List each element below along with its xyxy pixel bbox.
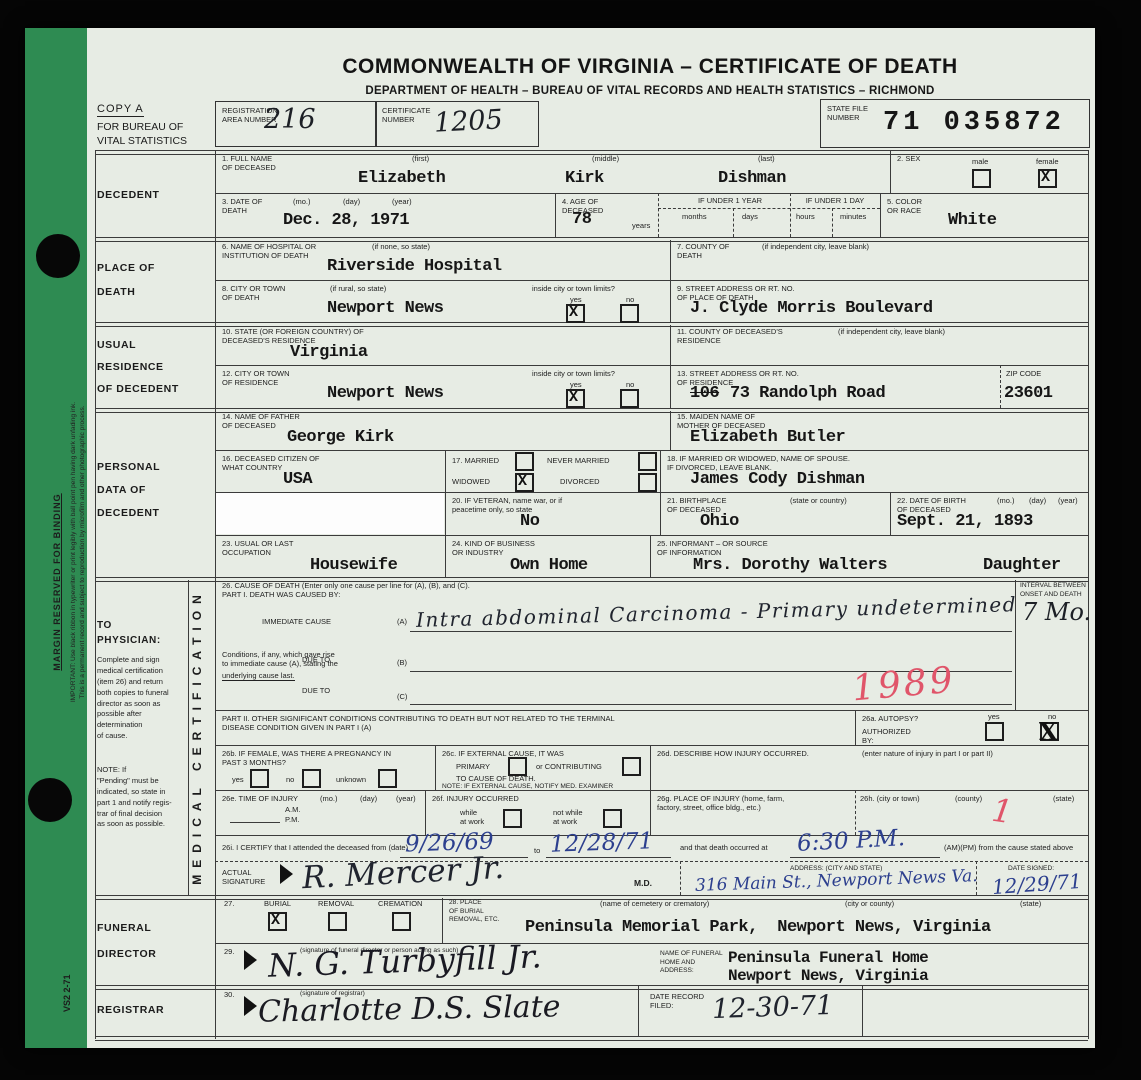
divider <box>95 985 1088 990</box>
field-20-label: 20. IF VETERAN, name war, or if peacetim… <box>452 496 562 515</box>
middle-name-label: (middle) <box>592 154 619 163</box>
to-word: to <box>534 846 540 855</box>
row-line <box>215 365 1088 366</box>
field-26e-label: 26e. TIME OF INJURY <box>222 794 298 803</box>
frame-right <box>1088 150 1089 1039</box>
cell-line <box>658 193 659 237</box>
field-26h-label: 26h. (city or town) <box>860 794 920 803</box>
never-married-label: NEVER MARRIED <box>547 456 610 465</box>
state-file-label: STATE FILE NUMBER <box>827 104 868 123</box>
field-6-label: 6. NAME OF HOSPITAL OR INSTITUTION OF DE… <box>222 242 316 261</box>
first-name-label: (first) <box>412 154 429 163</box>
field-23-label: 23. USUAL OR LAST OCCUPATION <box>222 539 293 558</box>
cell-line <box>442 898 443 943</box>
last-name-label: (last) <box>758 154 775 163</box>
veteran-value: No <box>520 512 539 531</box>
md-label: M.D. <box>634 878 652 888</box>
copy-label: COPY A <box>97 103 144 117</box>
field-26b-label: 26b. IF FEMALE, WAS THERE A PREGNANCY IN… <box>222 749 442 768</box>
informant-relation: Daughter <box>983 556 1061 575</box>
margin-binding-text: MARGIN RESERVED FOR BINDING <box>52 402 62 762</box>
divorced-label: DIVORCED <box>560 477 600 486</box>
pregnancy-no-checkbox <box>302 769 321 788</box>
birthplace-value: Ohio <box>700 512 739 531</box>
date-filed-label: DATE RECORD FILED: <box>650 992 704 1011</box>
married-label: 17. MARRIED <box>452 456 499 465</box>
to-physician-note: NOTE: If "Pending" must be indicated, so… <box>97 765 192 830</box>
residence-state-value: Virginia <box>290 343 368 362</box>
strip-line <box>188 580 189 895</box>
under-1-year-label: IF UNDER 1 YEAR <box>672 196 788 205</box>
punch-hole-top <box>36 234 80 278</box>
residence-yes-label: yes <box>570 380 582 389</box>
sex-female-label: female <box>1036 157 1059 166</box>
burial-label: BURIAL <box>264 899 291 908</box>
field-24-label: 24. KIND OF BUSINESS OR INDUSTRY <box>452 539 535 558</box>
informant-value: Mrs. Dorothy Walters <box>693 556 887 575</box>
row-line <box>215 790 1088 791</box>
cemetery-hint: (name of cemetery or crematory) <box>600 899 709 908</box>
state-file-box: STATE FILE NUMBER 71 035872 <box>820 99 1090 148</box>
field-25-label: 25. INFORMANT – OR SOURCE OF INFORMATION <box>657 539 768 558</box>
cell-line <box>650 535 651 577</box>
autopsy-no-checkbox: X <box>1040 722 1059 741</box>
row-line <box>215 280 1088 281</box>
section-place-of-death: PLACE OF DEATH <box>97 256 155 304</box>
limits-no-label: no <box>626 295 634 304</box>
cell-line <box>832 208 833 237</box>
mother-name-value: Elizabeth Butler <box>690 428 845 447</box>
burial-place-value: Peninsula Memorial Park, Newport News, V… <box>525 918 991 937</box>
certificate-number: 1205 <box>433 104 503 139</box>
section-personal: PERSONAL DATA OF DECEDENT <box>97 456 160 525</box>
removal-checkbox <box>328 912 347 931</box>
residence-limits-label: inside city or town limits? <box>532 369 615 378</box>
autopsy-yes-checkbox <box>985 722 1004 741</box>
section-decedent: DECEDENT <box>97 183 160 207</box>
form-code: VS2 2-71 <box>62 940 72 1012</box>
interval-label: INTERVAL BETWEEN ONSET AND DEATH <box>1020 582 1086 599</box>
field-26i-label: 26i. I CERTIFY that I attended the decea… <box>222 843 408 852</box>
street-of-death-value: J. Clyde Morris Boulevard <box>690 299 933 318</box>
cell-line <box>435 745 436 790</box>
interval-value: 7 Mo. <box>1022 598 1091 626</box>
signature-arrow-icon <box>280 864 293 884</box>
registrar-signature-arrow-icon <box>244 996 257 1016</box>
age-value: 78 <box>572 210 591 229</box>
cremation-label: CREMATION <box>378 899 422 908</box>
contributing-checkbox <box>622 757 641 776</box>
city-limits-label: inside city or town limits? <box>532 284 615 293</box>
cell-line <box>670 325 671 408</box>
cell-line <box>660 492 661 535</box>
field-7-label: 7. COUNTY OF DEATH <box>677 242 729 261</box>
row-line <box>658 208 880 209</box>
death-occurred-label: and that death occurred at <box>680 843 768 852</box>
middle-name-value: Kirk <box>565 169 604 188</box>
residence-no-label: no <box>626 380 634 389</box>
cell-line <box>862 985 863 1036</box>
cause-c-label: (C) <box>397 692 407 701</box>
date-mo-label: (mo.) <box>293 197 311 206</box>
funeral-signature-arrow-icon <box>244 950 257 970</box>
birth-mo-label: (mo.) <box>997 496 1015 505</box>
field-30-num: 30. <box>224 990 234 999</box>
section-residence: USUAL RESIDENCE OF DECEDENT <box>97 334 179 400</box>
limits-no-checkbox <box>620 304 639 323</box>
primary-label: PRIMARY <box>456 762 490 771</box>
state-label: (state) <box>1053 794 1074 803</box>
certificate-subtitle: DEPARTMENT OF HEALTH – BUREAU OF VITAL R… <box>160 85 1140 97</box>
due-to-c-label: DUE TO <box>302 686 330 695</box>
frame-left <box>95 150 96 1039</box>
pm-label: P.M. <box>285 815 299 824</box>
cell-line <box>660 450 661 492</box>
citizen-value: USA <box>283 470 312 489</box>
cell-line <box>890 150 891 193</box>
to-cause-label: TO CAUSE OF DEATH. <box>456 774 536 783</box>
sex-female-checkbox: X <box>1038 169 1057 188</box>
residence-street-value: 73 Randolph Road <box>730 384 885 403</box>
age-years-label: years <box>632 221 650 230</box>
under-1-day-label: IF UNDER 1 DAY <box>790 196 880 205</box>
date-day-label: (day) <box>343 197 360 206</box>
days-label: days <box>742 212 758 221</box>
ampm-label: (AM)(PM) from the cause stated above <box>944 843 1084 852</box>
section-registrar: REGISTRAR <box>97 998 164 1022</box>
to-physician-body: Complete and sign medical certification … <box>97 655 187 742</box>
registration-box: REGISTRATION AREA NUMBER 216 <box>215 101 377 147</box>
state-hint: (state) <box>1020 899 1041 908</box>
medical-certification-strip: MEDICAL CERTIFICATION <box>190 580 204 893</box>
field-26f-label: 26f. INJURY OCCURRED <box>432 794 519 803</box>
field-26g-label: 26g. PLACE OF INJURY (home, farm, factor… <box>657 794 784 813</box>
color-race-value: White <box>948 211 997 230</box>
father-name-value: George Kirk <box>287 428 394 447</box>
divider <box>95 1036 1088 1041</box>
zip-value: 23601 <box>1004 384 1053 403</box>
married-checkbox <box>515 452 534 471</box>
business-value: Own Home <box>510 556 588 575</box>
time-blank-line <box>230 822 280 823</box>
injury-mo-label: (mo.) <box>320 794 338 803</box>
immediate-cause-label: IMMEDIATE CAUSE <box>262 617 331 626</box>
residence-city-value: Newport News <box>327 384 443 403</box>
first-name-value: Elizabeth <box>358 169 445 188</box>
row-line <box>215 535 1088 536</box>
pregnancy-yes-label: yes <box>232 775 244 784</box>
birth-day-label: (day) <box>1029 496 1046 505</box>
field-26d-label: 26d. DESCRIBE HOW INJURY OCCURRED. <box>657 749 809 758</box>
registrar-signature: Charlotte D.S. Slate <box>258 989 561 1029</box>
not-while-at-work-checkbox <box>603 809 622 828</box>
field-7-hint: (if independent city, leave blank) <box>762 242 869 251</box>
to-physician-title: TO PHYSICIAN: <box>97 618 161 648</box>
date-year-label: (year) <box>392 197 412 206</box>
cell-line <box>790 193 791 237</box>
never-married-checkbox <box>638 452 657 471</box>
while-at-work-checkbox <box>503 809 522 828</box>
cell-line <box>880 193 881 237</box>
while-at-work-label: while at work <box>460 808 484 827</box>
limits-yes-checkbox: X <box>566 304 585 323</box>
contributing-label: or CONTRIBUTING <box>536 762 602 771</box>
row-line <box>215 710 1088 711</box>
blank-line <box>546 857 671 858</box>
county-label: (county) <box>955 794 982 803</box>
cell-line <box>670 240 671 322</box>
field-11-label: 11. COUNTY OF DECEASED'S RESIDENCE <box>677 327 783 346</box>
residence-street-struck: 106 <box>690 384 719 403</box>
conditions-label: Conditions, if any, which gave rise to i… <box>222 650 397 669</box>
field-19-whiteout <box>216 493 444 534</box>
cause-a-label: (A) <box>397 617 407 626</box>
label-column-line <box>215 150 216 1039</box>
cell-line <box>1000 365 1001 408</box>
section-funeral: FUNERAL DIRECTOR <box>97 915 156 967</box>
autopsy-yes-label: yes <box>988 712 1000 721</box>
cell-line <box>555 193 556 237</box>
margin-important-text: IMPORTANT: Use black ribbon in typewrite… <box>70 292 87 812</box>
not-while-at-work-label: not while at work <box>553 808 583 827</box>
attended-to-value: 12/28/71 <box>550 828 654 858</box>
cause-b-label: (B) <box>397 658 407 667</box>
scanned-death-certificate: MARGIN RESERVED FOR BINDING IMPORTANT: U… <box>0 0 1141 1080</box>
residence-yes-checkbox: X <box>566 389 585 408</box>
last-name-value: Dishman <box>718 169 786 188</box>
field-21-hint: (state or country) <box>790 496 847 505</box>
conditions-underlined: underlying cause last. <box>222 671 295 681</box>
cause-c-line <box>410 704 1012 705</box>
city-county-hint: (city or county) <box>845 899 894 908</box>
cell-line <box>638 985 639 1036</box>
minutes-label: minutes <box>840 212 866 221</box>
field-11-hint: (if independent city, leave blank) <box>838 327 945 336</box>
authorized-by-label: AUTHORIZED BY: <box>862 727 911 746</box>
field-12-label: 12. CITY OR TOWN OF RESIDENCE <box>222 369 290 388</box>
pregnancy-unknown-label: unknown <box>336 775 366 784</box>
cell-line <box>733 208 734 237</box>
removal-label: REMOVAL <box>318 899 354 908</box>
cell-line <box>425 790 426 835</box>
field-8-hint: (if rural, so state) <box>330 284 386 293</box>
field-28-label: 28. PLACE OF BURIAL REMOVAL, ETC. <box>449 899 499 925</box>
punch-hole-bottom <box>28 778 72 822</box>
certificate-title: COMMONWEALTH OF VIRGINIA – CERTIFICATE O… <box>160 55 1140 79</box>
field-26-label: 26. CAUSE OF DEATH (Enter only one cause… <box>222 581 652 600</box>
autopsy-label: 26a. AUTOPSY? <box>862 714 918 723</box>
field-8-label: 8. CITY OR TOWN OF DEATH <box>222 284 285 303</box>
certificate-number-box: CERTIFICATE NUMBER 1205 <box>375 101 539 147</box>
injury-year-label: (year) <box>396 794 416 803</box>
funeral-home-label: NAME OF FUNERAL HOME AND ADDRESS: <box>660 950 723 976</box>
cell-line <box>670 411 671 450</box>
sex-label: 2. SEX <box>897 154 920 163</box>
divider <box>95 895 1088 900</box>
cell-line <box>445 450 446 577</box>
divorced-checkbox <box>638 473 657 492</box>
pregnancy-unknown-checkbox <box>378 769 397 788</box>
burial-checkbox: X <box>268 912 287 931</box>
field-6-hint: (if none, so state) <box>372 242 430 251</box>
city-of-death-value: Newport News <box>327 299 443 318</box>
residence-no-checkbox <box>620 389 639 408</box>
widowed-label: WIDOWED <box>452 477 490 486</box>
pregnancy-no-label: no <box>286 775 294 784</box>
cell-line <box>680 861 681 895</box>
cell-line <box>855 710 856 745</box>
limits-yes-label: yes <box>570 295 582 304</box>
injury-day-label: (day) <box>360 794 377 803</box>
birth-date-value: Sept. 21, 1893 <box>897 512 1033 531</box>
cause-a-line <box>410 631 1012 632</box>
cremation-checkbox <box>392 912 411 931</box>
registration-number: 216 <box>264 104 316 135</box>
zip-label: ZIP CODE <box>1006 369 1041 378</box>
part-2-label: PART II. OTHER SIGNIFICANT CONDITIONS CO… <box>222 714 842 733</box>
funeral-home-name: Peninsula Funeral Home <box>728 949 928 967</box>
field-26c-label: 26c. IF EXTERNAL CAUSE, IT WAS <box>442 749 564 758</box>
cell-line <box>890 492 891 535</box>
months-label: months <box>682 212 707 221</box>
cell-line <box>976 861 977 895</box>
certificate-number-label: CERTIFICATE NUMBER <box>382 106 430 125</box>
state-file-number: 71 035872 <box>883 108 1065 138</box>
row-line <box>215 193 1088 194</box>
row-line <box>215 450 1088 451</box>
funeral-home-city: Newport News, Virginia <box>728 967 928 985</box>
sex-male-label: male <box>972 157 988 166</box>
date-filed-value: 12-30-71 <box>711 990 833 1025</box>
field-5-label: 5. COLOR OR RACE <box>887 197 922 216</box>
field-1-label: 1. FULL NAME OF DECEASED <box>222 154 276 173</box>
field-26d-hint: (enter nature of injury in part I or par… <box>862 749 993 758</box>
copy-for-label: FOR BUREAU OF VITAL STATISTICS <box>97 121 187 148</box>
widowed-checkbox: X <box>515 473 534 492</box>
field-29-num: 29. <box>224 947 234 956</box>
hospital-value: Riverside Hospital <box>327 257 502 276</box>
sex-male-checkbox <box>972 169 991 188</box>
birth-year-label: (year) <box>1058 496 1078 505</box>
pregnancy-yes-checkbox <box>250 769 269 788</box>
blank-line <box>790 857 940 858</box>
spouse-value: James Cody Dishman <box>690 470 865 489</box>
cell-line <box>650 745 651 790</box>
hours-label: hours <box>796 212 815 221</box>
date-of-death-value: Dec. 28, 1971 <box>283 211 409 230</box>
actual-signature-label: ACTUAL SIGNATURE <box>222 868 265 887</box>
occupation-value: Housewife <box>310 556 397 575</box>
field-27-num: 27. <box>224 899 234 908</box>
field-3-label: 3. DATE OF DEATH <box>222 197 262 216</box>
am-label: A.M. <box>285 805 300 814</box>
row-line <box>215 745 1088 746</box>
